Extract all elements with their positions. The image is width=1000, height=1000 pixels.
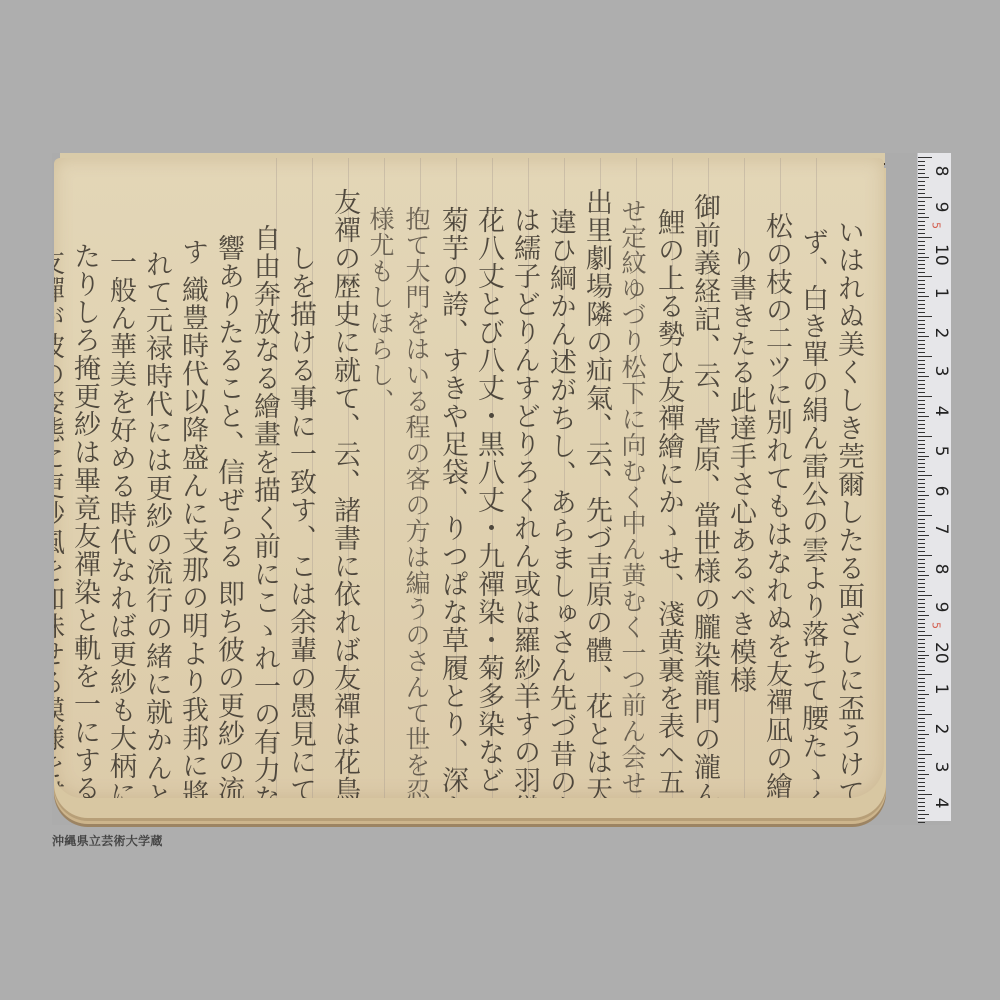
ruler-tick [918, 308, 925, 309]
ruler-tick [918, 595, 932, 596]
ruler-tick [918, 229, 925, 230]
ruler-tick [918, 384, 925, 385]
ruler-tick [918, 698, 925, 699]
ruler-tick [918, 543, 925, 544]
ruler-tick [918, 221, 925, 222]
ruler-label: 4 [931, 402, 951, 420]
ruler-tick [918, 515, 932, 516]
text-column: 自由奔放なる繪畫を描く前にこゝれ一の有力なる影 [246, 188, 282, 788]
ruler-tick [918, 623, 925, 624]
ruler-tick [918, 806, 925, 807]
ruler-tick [918, 758, 925, 759]
text-column: 花八丈とび八丈・黒八丈・九禪染・菊多染などの下着、 [470, 188, 506, 788]
ruler-tick [918, 774, 929, 775]
ruler-label: 2 [931, 324, 951, 342]
ruler-tick [918, 615, 929, 616]
ruler-tick [918, 189, 925, 190]
ruler-tick [918, 245, 925, 246]
text-column: ず、白き單の絹ん雷公の雲より落ちて腰たゝく髏うしろに [794, 188, 830, 788]
ruler-label: 9 [931, 598, 951, 616]
ruler-tick [918, 551, 925, 552]
text-column: 出里劇場隣の疝氣、云、先づ吉原の體、花とは天地黒白の [578, 188, 614, 788]
ruler-tick [918, 264, 925, 265]
ruler-tick [918, 603, 925, 604]
ruler-label: 7 [931, 520, 951, 538]
ruler-tick [918, 233, 925, 234]
ruler-tick [918, 173, 925, 174]
ruler-label: 5 [930, 617, 943, 635]
ruler-tick [918, 404, 925, 405]
ruler-tick [918, 360, 925, 361]
ruler-tick [918, 718, 925, 719]
ruler-label: 3 [931, 758, 951, 776]
ruler-tick [918, 276, 932, 277]
ruler-tick [918, 467, 925, 468]
text-column: 響ありたること、信ぜらる 即ち彼の更紗の流れなりと [210, 188, 246, 788]
ruler-tick [918, 249, 925, 250]
ruler-tick [918, 268, 925, 269]
ruler-tick [918, 352, 925, 353]
ruler-tick [918, 495, 929, 496]
ruler-tick [918, 201, 925, 202]
ruler-label: 5 [931, 442, 951, 460]
ruler-tick [918, 372, 925, 373]
ruler-tick [918, 185, 925, 186]
ruler-tick [918, 635, 932, 636]
ruler-tick [918, 459, 925, 460]
ruler-tick [918, 647, 925, 648]
text-column: 様尤もしほらし、 [362, 188, 398, 788]
ruler-tick [918, 388, 925, 389]
ruler-tick [918, 300, 925, 301]
text-column: 違ひ綱かん述がちし、あらましゅさん先づ昔の客の風俗 [542, 188, 578, 788]
text-column: り書きたる此達手さ心あるべき模様 [722, 188, 758, 788]
ruler-tick [918, 639, 925, 640]
ruler-tick [918, 714, 932, 715]
ruler-tick [918, 587, 925, 588]
ruler-tick [918, 738, 925, 739]
ruler-tick [918, 368, 925, 369]
ruler-tick [918, 599, 925, 600]
ruler-tick [918, 348, 925, 349]
ruler-tick [918, 316, 932, 317]
ruler-tick [918, 575, 929, 576]
ruler-tick [918, 320, 925, 321]
ruler-tick [918, 456, 929, 457]
ruler-tick [918, 631, 925, 632]
ruler-tick [918, 408, 925, 409]
ruler-tick [918, 292, 925, 293]
ruler-tick [918, 567, 925, 568]
ruler-tick [918, 312, 925, 313]
ruler-tick [918, 710, 925, 711]
ruler-tick [918, 778, 925, 779]
ruler-label: 5 [930, 217, 943, 235]
ruler-tick [918, 328, 925, 329]
ruler-tick [918, 428, 925, 429]
ruler-tick [918, 782, 925, 783]
ruler-tick [918, 288, 925, 289]
ruler-tick [918, 241, 925, 242]
ruler-tick [918, 503, 925, 504]
ruler-tick [918, 531, 925, 532]
ruler-tick [918, 416, 929, 417]
ruler-label: 3 [931, 362, 951, 380]
ruler-tick [918, 332, 925, 333]
ruler-tick [918, 555, 932, 556]
ruler-tick [918, 380, 925, 381]
ruler-tick [918, 706, 925, 707]
ruler-tick [918, 169, 925, 170]
ruler-tick [918, 658, 925, 659]
ruler-tick [918, 523, 925, 524]
ruler-tick [918, 607, 925, 608]
ruler-tick [918, 491, 925, 492]
ruler-tick [918, 619, 925, 620]
ruler-tick [918, 336, 929, 337]
ruler-tick [918, 432, 925, 433]
ruler-tick [918, 627, 925, 628]
ruler-tick [918, 547, 925, 548]
ruler-label: 8 [931, 162, 951, 180]
ruler-tick [918, 161, 925, 162]
ruler-tick [918, 766, 925, 767]
text-column: 鯉の上る勢ひ友禪繪にかゝせ、淺黄裏を表へ五すふか [650, 188, 686, 788]
text-column: 友禪が彼の姿態に更紗風を加味せる模様を描きたる [54, 188, 66, 788]
ruler-tick [918, 742, 925, 743]
ruler-tick [918, 818, 925, 819]
text-column: す 織豊時代以降盛んに支那の明より我邦に將來せら [174, 188, 210, 788]
ruler-tick [918, 471, 925, 472]
ruler-label: 8 [931, 560, 951, 578]
ruler-tick [918, 205, 925, 206]
ruler-tick [918, 786, 925, 787]
ruler-tick [918, 280, 925, 281]
ruler-tick [918, 400, 925, 401]
ruler-tick [918, 802, 925, 803]
ruler-tick [918, 563, 925, 564]
ruler-tick [918, 376, 929, 377]
ruler-label: 1 [931, 680, 951, 698]
ruler-tick [918, 487, 925, 488]
ruler-tick [918, 822, 925, 823]
ruler-tick [918, 670, 925, 671]
handwritten-text: いはれぬ美くしき莞爾したる面ざしに盃うけて流るゝも知らず ず、白き單の絹ん雷公の… [54, 188, 866, 788]
text-column: れて元禄時代には更紗の流行の緒に就かんとせる時なりしと [138, 188, 174, 788]
ruler-tick [918, 165, 925, 166]
ruler-tick [918, 340, 925, 341]
ruler-tick [918, 583, 925, 584]
ruler-tick [918, 762, 925, 763]
ruler-tick [918, 810, 925, 811]
ruler-tick [918, 527, 925, 528]
ruler-tick [918, 483, 925, 484]
ruler-tick [918, 571, 925, 572]
ruler-label: 9 [931, 198, 951, 216]
ruler-tick [918, 754, 932, 755]
ruler-tick [918, 519, 925, 520]
text-column: 友禪の歴史に就て、云、諸書に依れば友禪は花鳥の丸づく [318, 188, 362, 788]
ruler-tick [918, 181, 925, 182]
ruler-tick [918, 702, 925, 703]
ruler-label: 2 [931, 720, 951, 738]
ruler-tick [918, 794, 932, 795]
text-column: 一般ん華美を好める時代なれば更紗も大柄になりゐ [102, 188, 138, 788]
ruler-tick [918, 364, 925, 365]
ruler-tick [918, 237, 932, 238]
ruler-tick [918, 272, 925, 273]
ruler-tick [918, 814, 929, 815]
ruler-tick [918, 643, 925, 644]
ruler-tick [918, 511, 925, 512]
ruler-tick [918, 655, 929, 656]
ruler-tick [918, 499, 925, 500]
ruler-tick [918, 197, 932, 198]
ruler-tick [918, 535, 929, 536]
ruler-label: 10 [931, 244, 951, 262]
ruler-tick [918, 539, 925, 540]
text-column: いはれぬ美くしき莞爾したる面ざしに盃うけて流るゝも知らず [830, 188, 866, 788]
ruler-tick [918, 157, 932, 158]
ruler-tick [918, 392, 925, 393]
ruler-tick [918, 217, 929, 218]
ruler-tick [918, 444, 925, 445]
ruler-tick [918, 559, 925, 560]
ruler-tick [918, 396, 932, 397]
ruler-tick [918, 284, 925, 285]
text-column: 御前義経記、云、菅原、當世様の朧染龍門の瀧ん [686, 188, 722, 788]
ruler-tick [918, 579, 925, 580]
ruler-tick [918, 674, 932, 675]
ruler-tick [918, 682, 925, 683]
collection-credit-caption: 沖縄県立芸術大学蔵 [52, 832, 163, 849]
ruler-tick [918, 296, 929, 297]
ruler-tick [918, 424, 925, 425]
ruler-tick [918, 662, 925, 663]
ruler-tick [918, 651, 925, 652]
ruler-tick [918, 324, 925, 325]
ruler-tick [918, 726, 925, 727]
ruler-tick [918, 213, 925, 214]
ruler-tick [918, 686, 925, 687]
ruler-tick [918, 452, 925, 453]
text-column: 菊芋の誇、すきや足袋、りつぱな草履とり、深あみ笠、 [434, 188, 470, 788]
ruler-tick [918, 479, 925, 480]
ruler-tick [918, 448, 925, 449]
ruler-tick [918, 694, 929, 695]
ruler-tick [918, 436, 932, 437]
ruler-label: 6 [931, 482, 951, 500]
ruler-tick [918, 253, 925, 254]
ruler-label: 4 [931, 794, 951, 812]
ruler-tick [918, 412, 925, 413]
ruler-tick [918, 440, 925, 441]
text-column: は繻子どりんすどりろくれん或は羅紗羊すの羽織を着し、 [506, 188, 542, 788]
ruler-tick [918, 734, 929, 735]
text-column: たりしろ掩更紗は畢竟友禪染と軌を一にするものにして [66, 188, 102, 788]
ruler-tick [918, 750, 925, 751]
text-column: 抱て大門をはいる程の客の方は編うのさんて世を忍ぶ有 [398, 188, 434, 788]
ruler-tick [918, 722, 925, 723]
ruler-tick [918, 356, 932, 357]
measuring-ruler: 8 9 5 10 1 2 3 4 5 6 7 8 9 5 20 1 2 3 4 [917, 153, 951, 821]
text-column: せ定紋ゆづり松下に向むく中ん黄むく一つ前ん会せ、 [614, 188, 650, 788]
ruler-tick [918, 177, 929, 178]
ruler-tick [918, 209, 925, 210]
ruler-tick [918, 420, 925, 421]
ruler-tick [918, 257, 929, 258]
text-column: しを描ける事に一致す、こは余輩の愚見にては友禪が [282, 188, 318, 788]
ruler-tick [918, 260, 925, 261]
ruler-tick [918, 591, 925, 592]
ruler-tick [918, 690, 925, 691]
ruler-tick [918, 770, 925, 771]
ruler-tick [918, 507, 925, 508]
ruler-tick [918, 463, 925, 464]
ruler-tick [918, 798, 925, 799]
ruler-tick [918, 678, 925, 679]
ruler-tick [918, 225, 925, 226]
ruler-tick [918, 475, 932, 476]
text-column: 松の枝の二ツに別れてもはなれぬを友禪凪の繪して彩ど [758, 188, 794, 788]
ruler-label: 1 [931, 284, 951, 302]
ruler-tick [918, 344, 925, 345]
ruler-tick [918, 730, 925, 731]
ruler-tick [918, 611, 925, 612]
ruler-tick [918, 666, 925, 667]
ruler-tick [918, 746, 925, 747]
ruler-label: 20 [931, 642, 951, 660]
ruler-tick [918, 790, 925, 791]
ruler-tick [918, 193, 925, 194]
notebook-page: いはれぬ美くしき莞爾したる面ざしに盃うけて流るゝも知らず ず、白き單の絹ん雷公の… [54, 158, 884, 798]
ruler-tick [918, 304, 925, 305]
